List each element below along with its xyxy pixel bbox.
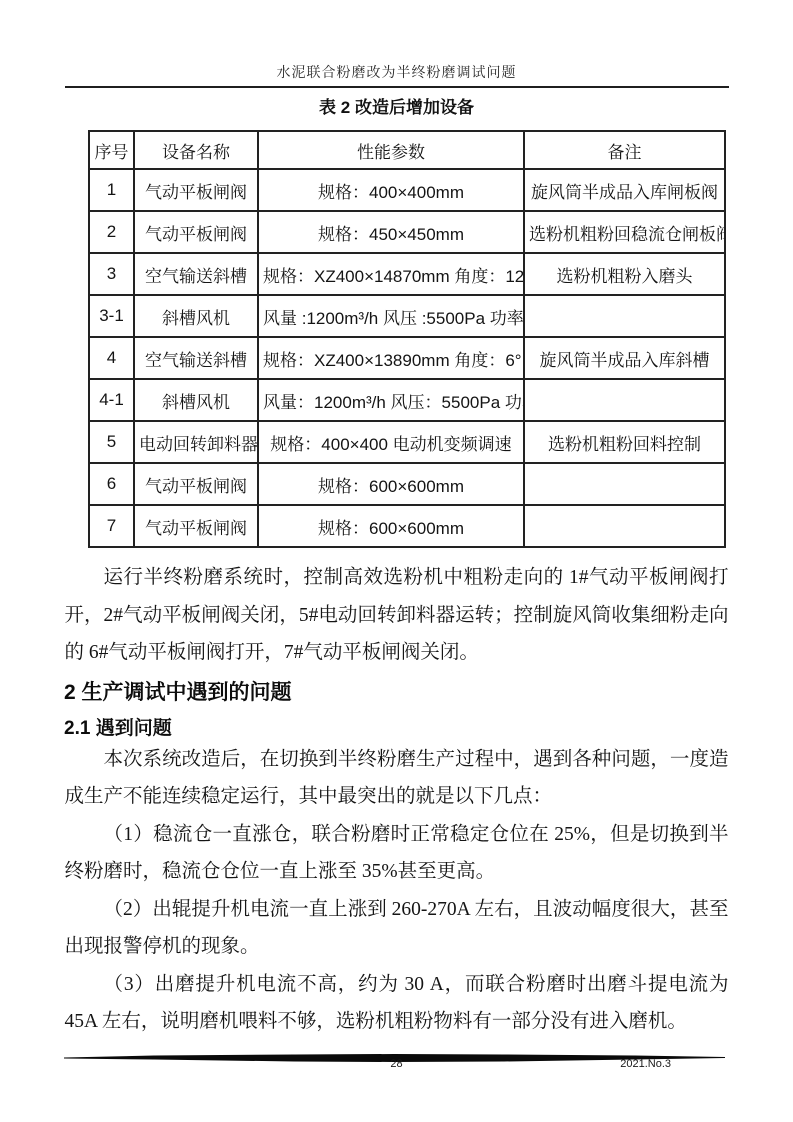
table-cell: 斜槽风机: [134, 295, 258, 337]
subsection-heading: 2.1 遇到问题: [64, 716, 793, 741]
table-cell: 斜槽风机: [134, 379, 258, 421]
table-row: 4空气输送斜槽规格：XZ400×13890mm 角度：6°旋风筒半成品入库斜槽: [89, 337, 725, 379]
table-cell: 规格：450×450mm: [258, 211, 524, 253]
table-row: 4-1斜槽风机风量：1200m³/h 风压：5500Pa 功率：3kw: [89, 379, 725, 421]
table-cell: 风量 :1200m³/h 风压 :5500Pa 功率 :3kw: [258, 295, 524, 337]
table-cell: 4: [89, 337, 134, 379]
column-header: 性能参数: [258, 131, 524, 169]
table-cell: 旋风筒半成品入库闸板阀: [524, 169, 725, 211]
table-cell: 风量：1200m³/h 风压：5500Pa 功率：3kw: [258, 379, 524, 421]
table-cell: 7: [89, 505, 134, 547]
table-cell: 3: [89, 253, 134, 295]
table-title: 表 2 改造后增加设备: [0, 98, 793, 118]
header-rule: [65, 86, 729, 88]
table-cell: 规格：600×600mm: [258, 463, 524, 505]
table-cell: 气动平板闸阀: [134, 169, 258, 211]
column-header: 序号: [89, 131, 134, 169]
table-cell: 选粉机粗粉回稳流仓闸板阀: [524, 211, 725, 253]
table-cell: [524, 505, 725, 547]
running-head-title: 水泥联合粉磨改为半终粉磨调试问题: [0, 0, 793, 82]
column-header: 设备名称: [134, 131, 258, 169]
table-cell: [524, 295, 725, 337]
paragraph-operation: 运行半终粉磨系统时，控制高效选粉机中粗粉走向的 1#气动平板闸阀打开，2#气动平…: [65, 559, 729, 672]
table-header-row: 序号设备名称性能参数备注: [89, 131, 725, 169]
table-cell: 2: [89, 211, 134, 253]
table-row: 2气动平板闸阀规格：450×450mm选粉机粗粉回稳流仓闸板阀: [89, 211, 725, 253]
equipment-table-body: 1气动平板闸阀规格：400×400mm旋风筒半成品入库闸板阀2气动平板闸阀规格：…: [89, 169, 725, 547]
table-cell: 规格：400×400 电动机变频调速: [258, 421, 524, 463]
table-cell: 空气输送斜槽: [134, 337, 258, 379]
table-cell: 规格：600×600mm: [258, 505, 524, 547]
issue-number: 2021.No.3: [620, 1058, 671, 1070]
page-number: 28: [0, 1058, 793, 1070]
table-cell: 气动平板闸阀: [134, 463, 258, 505]
table-row: 7气动平板闸阀规格：600×600mm: [89, 505, 725, 547]
problem-item-3: （3）出磨提升机电流不高，约为 30 A，而联合粉磨时出磨斗提电流为 45A 左…: [65, 966, 729, 1041]
table-row: 1气动平板闸阀规格：400×400mm旋风筒半成品入库闸板阀: [89, 169, 725, 211]
table-cell: 3-1: [89, 295, 134, 337]
table-cell: 4-1: [89, 379, 134, 421]
table-row: 3-1斜槽风机风量 :1200m³/h 风压 :5500Pa 功率 :3kw: [89, 295, 725, 337]
table-cell: 电动回转卸料器: [134, 421, 258, 463]
table-cell: 规格：400×400mm: [258, 169, 524, 211]
table-cell: [524, 463, 725, 505]
table-cell: 1: [89, 169, 134, 211]
table-cell: 5: [89, 421, 134, 463]
table-cell: 规格：XZ400×13890mm 角度：6°: [258, 337, 524, 379]
problem-item-1: （1）稳流仓一直涨仓，联合粉磨时正常稳定仓位在 25%，但是切换到半终粉磨时，稳…: [65, 816, 729, 891]
table-row: 6气动平板闸阀规格：600×600mm: [89, 463, 725, 505]
section-heading: 2 生产调试中遇到的问题: [64, 679, 793, 707]
table-cell: 气动平板闸阀: [134, 505, 258, 547]
document-page: 水泥联合粉磨改为半终粉磨调试问题 表 2 改造后增加设备 序号设备名称性能参数备…: [0, 0, 793, 1122]
footer-bar: [64, 1049, 725, 1057]
problem-item-2: （2）出辊提升机电流一直上涨到 260-270A 左右，且波动幅度很大，甚至出现…: [65, 891, 729, 966]
equipment-table: 序号设备名称性能参数备注 1气动平板闸阀规格：400×400mm旋风筒半成品入库…: [88, 130, 726, 548]
table-cell: 空气输送斜槽: [134, 253, 258, 295]
table-cell: 6: [89, 463, 134, 505]
table-row: 5电动回转卸料器规格：400×400 电动机变频调速选粉机粗粉回料控制: [89, 421, 725, 463]
paragraph-intro: 本次系统改造后，在切换到半终粉磨生产过程中，遇到各种问题，一度造成生产不能连续稳…: [65, 741, 729, 816]
table-cell: 气动平板闸阀: [134, 211, 258, 253]
table-cell: 规格：XZ400×14870mm 角度：12°: [258, 253, 524, 295]
table-cell: 选粉机粗粉回料控制: [524, 421, 725, 463]
column-header: 备注: [524, 131, 725, 169]
table-row: 3空气输送斜槽规格：XZ400×14870mm 角度：12°选粉机粗粉入磨头: [89, 253, 725, 295]
table-cell: [524, 379, 725, 421]
table-cell: 旋风筒半成品入库斜槽: [524, 337, 725, 379]
table-cell: 选粉机粗粉入磨头: [524, 253, 725, 295]
